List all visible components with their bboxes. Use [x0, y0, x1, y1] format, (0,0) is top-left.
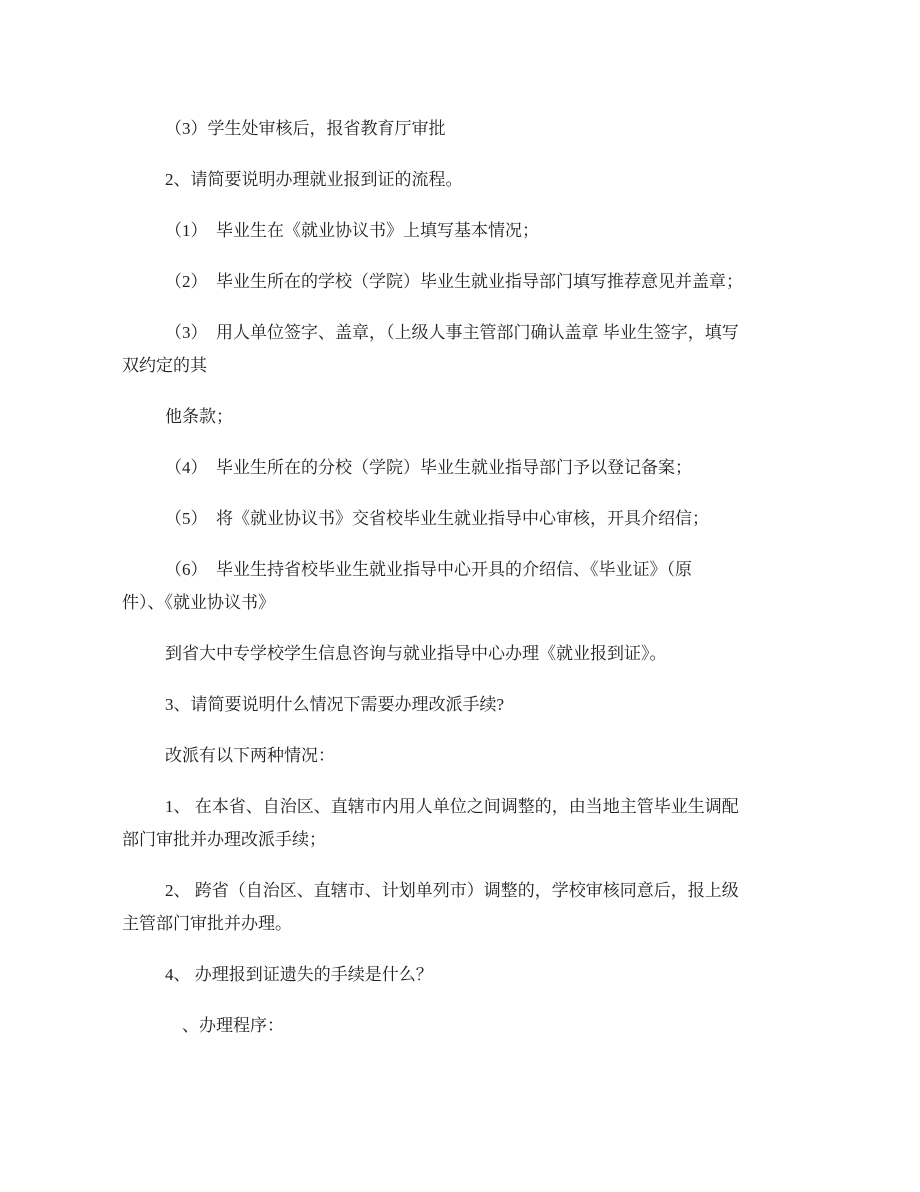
- document-line: 改派有以下两种情况：: [122, 739, 800, 772]
- document-line: （1） 毕业生在《就业协议书》上填写基本情况；: [122, 214, 800, 247]
- document-body: （3）学生处审核后，报省教育厅审批2、请简要说明办理就业报到证的流程。（1） 毕…: [0, 0, 920, 1042]
- document-line: 双约定的其: [122, 349, 800, 382]
- document-line: 2、 跨省（自治区、直辖市、计划单列市）调整的，学校审核同意后，报上级: [122, 874, 800, 907]
- paragraph: 他条款；: [122, 400, 800, 433]
- paragraph: （3）学生处审核后，报省教育厅审批: [122, 112, 800, 145]
- document-line: （3）学生处审核后，报省教育厅审批: [122, 112, 800, 145]
- document-line: 、办理程序：: [122, 1009, 800, 1042]
- paragraph: 到省大中专学校学生信息咨询与就业指导中心办理《就业报到证》。: [122, 637, 800, 670]
- paragraph: 3、请简要说明什么情况下需要办理改派手续?: [122, 688, 800, 721]
- paragraph: 4、 办理报到证遗失的手续是什么？: [122, 958, 800, 991]
- document-line: 部门审批并办理改派手续；: [122, 823, 800, 856]
- paragraph: 改派有以下两种情况：: [122, 739, 800, 772]
- paragraph: 2、 跨省（自治区、直辖市、计划单列市）调整的，学校审核同意后，报上级主管部门审…: [122, 874, 800, 940]
- document-line: 1、 在本省、自治区、直辖市内用人单位之间调整的，由当地主管毕业生调配: [122, 790, 800, 823]
- paragraph: （4） 毕业生所在的分校（学院）毕业生就业指导部门予以登记备案；: [122, 451, 800, 484]
- paragraph: （3） 用人单位签字、盖章，（上级人事主管部门确认盖章 毕业生签字，填写双约定的…: [122, 316, 800, 382]
- document-line: （2） 毕业生所在的学校（学院）毕业生就业指导部门填写推荐意见并盖章；: [122, 265, 800, 298]
- document-line: 到省大中专学校学生信息咨询与就业指导中心办理《就业报到证》。: [122, 637, 800, 670]
- paragraph: （2） 毕业生所在的学校（学院）毕业生就业指导部门填写推荐意见并盖章；: [122, 265, 800, 298]
- paragraph: 1、 在本省、自治区、直辖市内用人单位之间调整的，由当地主管毕业生调配部门审批并…: [122, 790, 800, 856]
- document-page: （3）学生处审核后，报省教育厅审批2、请简要说明办理就业报到证的流程。（1） 毕…: [0, 0, 920, 1192]
- document-line: 3、请简要说明什么情况下需要办理改派手续?: [122, 688, 800, 721]
- paragraph: 2、请简要说明办理就业报到证的流程。: [122, 163, 800, 196]
- document-line: 件）、《就业协议书》: [122, 586, 800, 619]
- document-line: 4、 办理报到证遗失的手续是什么？: [122, 958, 800, 991]
- document-line: （5） 将《就业协议书》交省校毕业生就业指导中心审核，开具介绍信；: [122, 502, 800, 535]
- document-line: 2、请简要说明办理就业报到证的流程。: [122, 163, 800, 196]
- paragraph: （6） 毕业生持省校毕业生就业指导中心开具的介绍信、《毕业证》（原件）、《就业协…: [122, 553, 800, 619]
- document-line: （6） 毕业生持省校毕业生就业指导中心开具的介绍信、《毕业证》（原: [122, 553, 800, 586]
- paragraph: （1） 毕业生在《就业协议书》上填写基本情况；: [122, 214, 800, 247]
- document-line: 他条款；: [122, 400, 800, 433]
- paragraph: 、办理程序：: [122, 1009, 800, 1042]
- document-line: （4） 毕业生所在的分校（学院）毕业生就业指导部门予以登记备案；: [122, 451, 800, 484]
- document-line: 主管部门审批并办理。: [122, 907, 800, 940]
- document-line: （3） 用人单位签字、盖章，（上级人事主管部门确认盖章 毕业生签字，填写: [122, 316, 800, 349]
- paragraph: （5） 将《就业协议书》交省校毕业生就业指导中心审核，开具介绍信；: [122, 502, 800, 535]
